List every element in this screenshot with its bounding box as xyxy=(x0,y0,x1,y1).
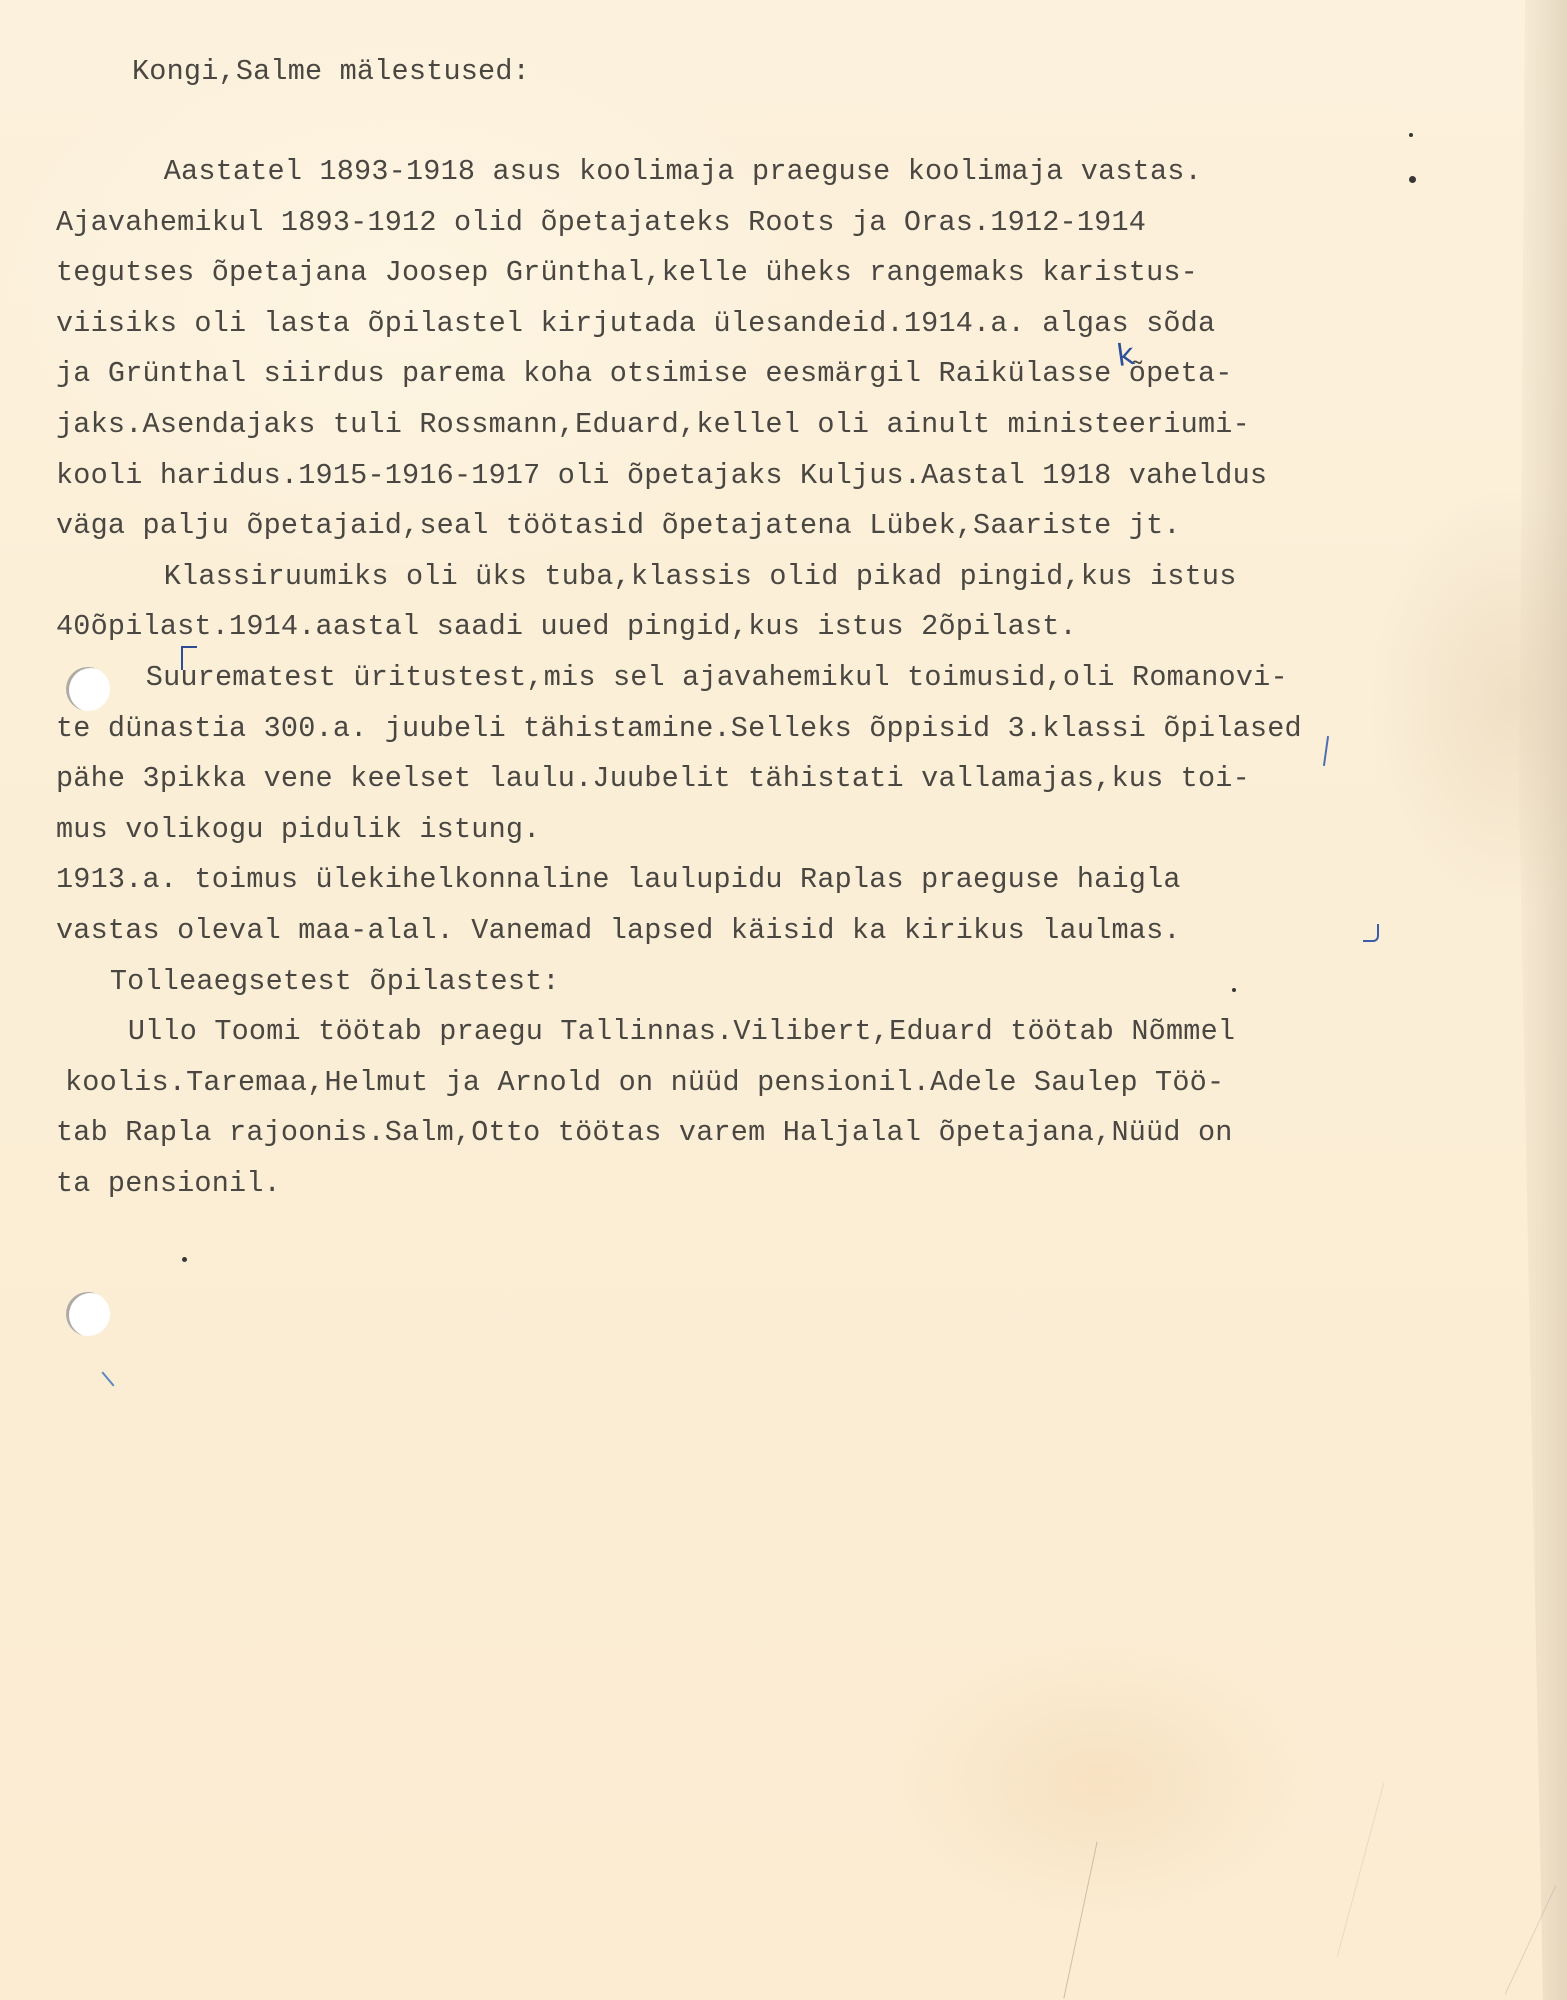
text-line: viisiks oli lasta õpilastel kirjutada ül… xyxy=(56,310,1215,339)
ink-speck xyxy=(1232,988,1236,992)
text-line: pähe 3pikka vene keelset laulu.Juubelit … xyxy=(56,765,1250,794)
aged-paper-background xyxy=(0,0,1567,2000)
text-line: koolis.Taremaa,Helmut ja Arnold on nüüd … xyxy=(65,1069,1224,1098)
text-line: Ullo Toomi töötab praegu Tallinnas.Vilib… xyxy=(128,1018,1235,1047)
ink-speck xyxy=(1409,133,1413,137)
document-title: Kongi,Salme mälestused: xyxy=(132,58,530,87)
ink-speck xyxy=(1409,176,1416,183)
punch-hole-upper xyxy=(66,667,110,711)
text-line: te dünastia 300.a. juubeli tähistamine.S… xyxy=(56,715,1302,744)
text-line: tegutses õpetajana Joosep Grünthal,kelle… xyxy=(56,259,1198,288)
text-line: vastas oleval maa-alal. Vanemad lapsed k… xyxy=(56,917,1181,946)
text-line: mus volikogu pidulik istung. xyxy=(56,816,540,845)
text-line: Aastatel 1893-1918 asus koolimaja praegu… xyxy=(164,158,1202,187)
text-line: Ajavahemikul 1893-1912 olid õpetajateks … xyxy=(56,209,1146,238)
text-line: jaks.Asendajaks tuli Rossmann,Eduard,kel… xyxy=(56,411,1250,440)
text-line: Klassiruumiks oli üks tuba,klassis olid … xyxy=(164,563,1237,592)
text-line: Tolleaegsetest õpilastest: xyxy=(110,968,560,997)
ink-speck xyxy=(182,1257,187,1262)
text-line: ja Grünthal siirdus parema koha otsimise… xyxy=(56,360,1233,389)
pen-end-bracket-mark xyxy=(1363,924,1379,942)
text-line: Suurematest üritustest,mis sel ajavahemi… xyxy=(146,664,1288,693)
text-line: väga palju õpetajaid,seal töötasid õpeta… xyxy=(56,512,1181,541)
text-line: 40õpilast.1914.aastal saadi uued pingid,… xyxy=(56,613,1077,642)
punch-hole-lower xyxy=(66,1292,110,1336)
text-line: ta pensionil. xyxy=(56,1170,281,1199)
text-line: kooli haridus.1915-1916-1917 oli õpetaja… xyxy=(56,462,1267,491)
text-line: tab Rapla rajoonis.Salm,Otto töötas vare… xyxy=(56,1119,1233,1148)
text-line: 1913.a. toimus ülekihelkonnaline laulupi… xyxy=(56,866,1181,895)
pen-bracket-mark xyxy=(181,646,197,670)
